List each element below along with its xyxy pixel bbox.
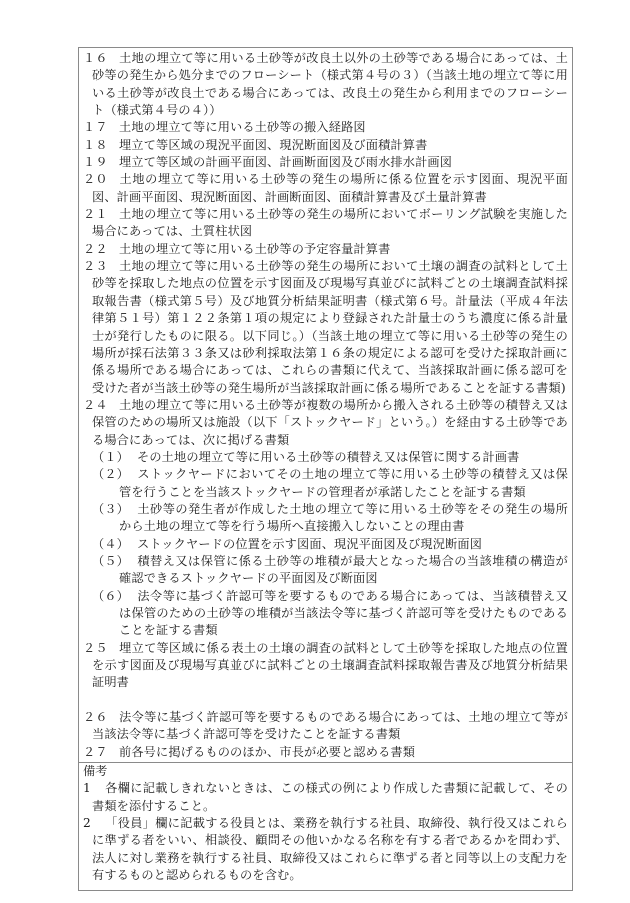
item-text: 土地の埋立て等に用いる土砂等が複数の場所から搬入される土砂等の積替え又は保管のた… — [92, 398, 568, 447]
item-text: 土地の埋立て等に用いる土砂等の搬入経路図 — [119, 120, 366, 134]
sub-item-number: （３） — [92, 501, 137, 518]
item-text: 土地の埋立て等に用いる土砂等の発生の場所においてボーリング試験を実施した場合にあ… — [92, 207, 568, 238]
remarks-section: 備考 1各欄に記載しきれないときは、この様式の例により作成した書類に記載して、そ… — [79, 762, 572, 889]
item-text: 土地の埋立て等に用いる土砂等の予定容量計算書 — [119, 242, 390, 256]
item-text: 土地の埋立て等に用いる土砂等の発生の場所に係る位置を示す図面、現況平面図、計画平… — [92, 172, 568, 203]
remark-item-1: 1各欄に記載しきれないときは、この様式の例により作成した書類に記載して、その書類… — [83, 780, 568, 815]
list-item-16: １６土地の埋立て等に用いる土砂等が改良土以外の土砂等である場合にあっては、土砂等… — [83, 50, 568, 119]
sub-item-number: （６） — [92, 588, 137, 605]
item-number: １８ — [83, 137, 119, 154]
remark-number: 2 — [83, 815, 105, 832]
remark-text: 各欄に記載しきれないときは、この様式の例により作成した書類に記載して、その書類を… — [92, 781, 568, 812]
sub-item-text: 法令等に基づく許認可等を要するものである場合にあっては、当該積替え又は保管のため… — [119, 589, 568, 638]
item-number: ２５ — [83, 640, 119, 657]
item-text: 前各号に掲げるもののほか、市長が必要と認める書類 — [119, 745, 415, 759]
item-number: ２４ — [83, 397, 119, 414]
sub-item-text: ストックヤードの位置を示す図面、現況平面図及び現況断面図 — [137, 537, 482, 551]
remark-number: 1 — [83, 780, 105, 797]
sub-item-text: ストックヤードにおいてその土地の埋立て等に用いる土砂等の積替え又は保管を行うこと… — [119, 467, 568, 498]
item-number: １９ — [83, 154, 119, 171]
sub-item-1: （１）その土地の埋立て等に用いる土砂等の積替え又は保管に関する計画書 — [83, 449, 568, 466]
remark-text: 「役員」欄に記載する役員とは、業務を執行する社員、取締役、執行役又はこれらに準ず… — [92, 816, 568, 882]
item-text: 埋立て等区域の現況平面図、現況断面図及び面積計算書 — [119, 138, 427, 152]
item-text: 土地の埋立て等に用いる土砂等の発生の場所において土壌の調査の試料として土砂等を採… — [92, 259, 568, 394]
list-item-22: ２２土地の埋立て等に用いる土砂等の予定容量計算書 — [83, 241, 568, 258]
item-number: ２６ — [83, 709, 119, 726]
list-item-19: １９埋立て等区域の計画平面図、計画断面図及び雨水排水計画図 — [83, 154, 568, 171]
sub-item-3: （３）土砂等の発生者が作成した土地の埋立て等に用いる土砂等をその発生の場所から土… — [83, 501, 568, 536]
sub-item-number: （５） — [92, 553, 137, 570]
list-item-20: ２０土地の埋立て等に用いる土砂等の発生の場所に係る位置を示す図面、現況平面図、計… — [83, 171, 568, 206]
list-item-26: ２６法令等に基づく許認可等を要するものである場合にあっては、土地の埋立て等が当該… — [83, 709, 568, 744]
sub-item-4: （４）ストックヤードの位置を示す図面、現況平面図及び現況断面図 — [83, 536, 568, 553]
item-number: ２１ — [83, 206, 119, 223]
list-item-24: ２４土地の埋立て等に用いる土砂等が複数の場所から搬入される土砂等の積替え又は保管… — [83, 397, 568, 449]
sub-item-number: （４） — [92, 536, 137, 553]
document-form-box: １６土地の埋立て等に用いる土砂等が改良土以外の土砂等である場合にあっては、土砂等… — [78, 47, 573, 891]
sub-item-5: （５）積替え又は保管に係る土砂等の堆積が最大となった場合の当該堆積の構造が確認で… — [83, 553, 568, 588]
item-number: １７ — [83, 119, 119, 136]
sub-item-text: 土砂等の発生者が作成した土地の埋立て等に用いる土砂等をその発生の場所から土地の埋… — [119, 502, 568, 533]
attachments-list: １６土地の埋立て等に用いる土砂等が改良土以外の土砂等である場合にあっては、土砂等… — [79, 48, 572, 762]
item-text: 埋立て等区域に係る表土の土壌の調査の試料として土砂等を採取した地点の位置を示す図… — [92, 641, 568, 690]
item-text: 埋立て等区域の計画平面図、計画断面図及び雨水排水計画図 — [119, 155, 452, 169]
blank-line — [83, 692, 568, 709]
list-item-17: １７土地の埋立て等に用いる土砂等の搬入経路図 — [83, 119, 568, 136]
item-text: 法令等に基づく許認可等を要するものである場合にあっては、土地の埋立て等が当該法令… — [92, 710, 568, 741]
list-item-25: ２５埋立て等区域に係る表土の土壌の調査の試料として土砂等を採取した地点の位置を示… — [83, 640, 568, 692]
list-item-18: １８埋立て等区域の現況平面図、現況断面図及び面積計算書 — [83, 137, 568, 154]
item-number: ２７ — [83, 744, 119, 761]
sub-item-text: その土地の埋立て等に用いる土砂等の積替え又は保管に関する計画書 — [137, 450, 519, 464]
item-number: １６ — [83, 50, 119, 67]
item-number: ２２ — [83, 241, 119, 258]
item-number: ２０ — [83, 171, 119, 188]
list-item-27: ２７前各号に掲げるもののほか、市長が必要と認める書類 — [83, 744, 568, 761]
list-item-21: ２１土地の埋立て等に用いる土砂等の発生の場所においてボーリング試験を実施した場合… — [83, 206, 568, 241]
list-item-23: ２３土地の埋立て等に用いる土砂等の発生の場所において土壌の調査の試料として土砂等… — [83, 258, 568, 397]
sub-item-number: （１） — [92, 449, 137, 466]
sub-item-number: （２） — [92, 466, 137, 483]
item-text: 土地の埋立て等に用いる土砂等が改良土以外の土砂等である場合にあっては、土砂等の発… — [92, 51, 568, 117]
sub-item-2: （２）ストックヤードにおいてその土地の埋立て等に用いる土砂等の積替え又は保管を行… — [83, 466, 568, 501]
sub-item-6: （６）法令等に基づく許認可等を要するものである場合にあっては、当該積替え又は保管… — [83, 588, 568, 640]
remark-item-2: 2「役員」欄に記載する役員とは、業務を執行する社員、取締役、執行役又はこれらに準… — [83, 815, 568, 884]
sub-item-text: 積替え又は保管に係る土砂等の堆積が最大となった場合の当該堆積の構造が確認できるス… — [119, 554, 568, 585]
remarks-heading: 備考 — [83, 763, 568, 780]
item-number: ２３ — [83, 258, 119, 275]
